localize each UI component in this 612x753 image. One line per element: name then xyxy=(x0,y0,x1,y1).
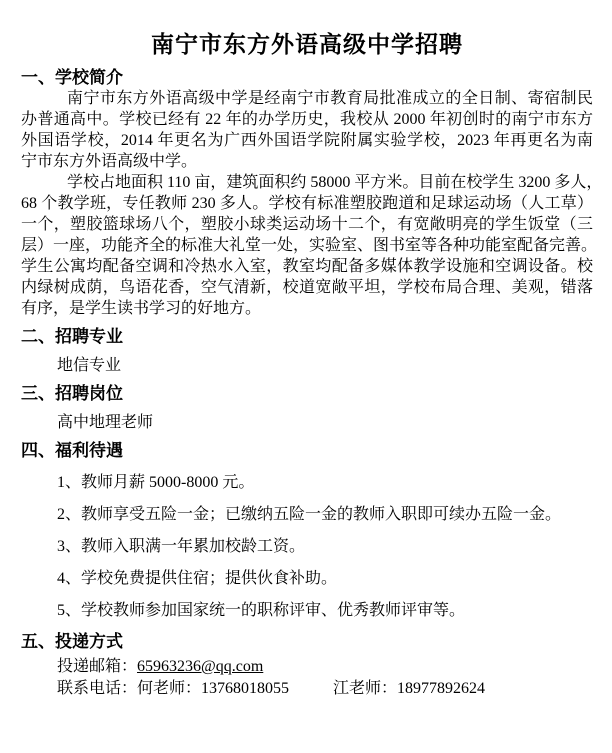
section-heading-recruit-position: 三、招聘岗位 xyxy=(21,384,593,404)
recruit-major-value: 地信专业 xyxy=(21,355,593,376)
email-label: 投递邮箱： xyxy=(57,658,137,675)
contact-teacher-he: 何老师：13768018055 xyxy=(137,680,289,697)
document-title: 南宁市东方外语高级中学招聘 xyxy=(21,28,593,60)
benefit-item: 4、学校免费提供住宿；提供伙食补助。 xyxy=(21,568,593,589)
paragraph-line: 一个，塑胶篮球场八个，塑胶小球类运动场十二个，有宽敞明亮的学生饭堂（三 xyxy=(21,214,593,235)
paragraph-line: 层）一座，功能齐全的标准大礼堂一处，实验室、图书室等各种功能室配备完善。 xyxy=(21,235,593,256)
benefit-item: 3、教师入职满一年累加校龄工资。 xyxy=(21,536,593,557)
email-link[interactable]: 65963236@qq.com xyxy=(137,658,263,675)
school-intro-paragraph-1: 南宁市东方外语高级中学是经南宁市教育局批准成立的全日制、寄宿制民 办普通高中。学… xyxy=(21,88,593,172)
paragraph-line: 宁市东方外语高级中学。 xyxy=(21,151,593,172)
section-heading-benefits: 四、福利待遇 xyxy=(21,441,593,461)
paragraph-line: 南宁市东方外语高级中学是经南宁市教育局批准成立的全日制、寄宿制民 xyxy=(21,88,593,109)
benefit-item: 2、教师享受五险一金；已缴纳五险一金的教师入职即可续办五险一金。 xyxy=(21,504,593,525)
paragraph-line: 学生公寓均配备空调和冷热水入室，教室均配备多媒体教学设施和空调设备。校 xyxy=(21,256,593,277)
school-intro-paragraph-2: 学校占地面积 110 亩，建筑面积约 58000 平方米。目前在校学生 3200… xyxy=(21,172,593,319)
document-page: 南宁市东方外语高级中学招聘 一、学校简介 南宁市东方外语高级中学是经南宁市教育局… xyxy=(0,0,612,753)
phone-label: 联系电话： xyxy=(57,680,137,697)
recruit-position-value: 高中地理老师 xyxy=(21,412,593,433)
section-heading-school-intro: 一、学校简介 xyxy=(21,68,593,88)
benefit-item: 5、学校教师参加国家统一的职称评审、优秀教师评审等。 xyxy=(21,600,593,621)
paragraph-line: 外国语学校，2014 年更名为广西外国语学院附属实验学校，2023 年再更名为南 xyxy=(21,130,593,151)
email-row: 投递邮箱：65963236@qq.com xyxy=(21,656,593,678)
benefit-item: 1、教师月薪 5000-8000 元。 xyxy=(21,472,593,493)
section-heading-application-method: 五、投递方式 xyxy=(21,632,593,652)
phone-row: 联系电话：何老师：13768018055江老师：18977892624 xyxy=(21,678,593,700)
contact-teacher-jiang: 江老师：18977892624 xyxy=(333,680,485,697)
paragraph-line: 学校占地面积 110 亩，建筑面积约 58000 平方米。目前在校学生 3200… xyxy=(21,172,593,193)
paragraph-line: 内绿树成荫，鸟语花香，空气清新，校道宽敞平坦，学校布局合理、美观，错落 xyxy=(21,277,593,298)
paragraph-line: 办普通高中。学校已经有 22 年的办学历史，我校从 2000 年初创时的南宁市东… xyxy=(21,109,593,130)
paragraph-line: 有序，是学生读书学习的好地方。 xyxy=(21,298,593,319)
paragraph-line: 68 个教学班，专任教师 230 多人。学校有标准塑胶跑道和足球运动场（人工草） xyxy=(21,193,593,214)
section-heading-recruit-major: 二、招聘专业 xyxy=(21,327,593,347)
